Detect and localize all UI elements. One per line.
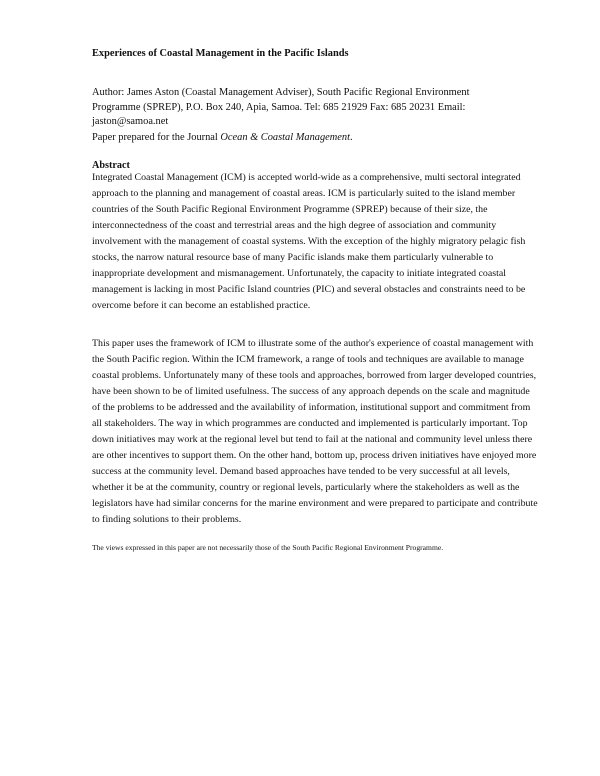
text-line: overcome before it can become an establi…: [92, 298, 542, 314]
author-line: Author: James Aston (Coastal Management …: [92, 86, 532, 101]
text-line: legislators have had similar concerns fo…: [92, 496, 542, 512]
text-line: of the problems to be addressed and the …: [92, 400, 542, 416]
text-line: stocks, the narrow natural resource base…: [92, 250, 542, 266]
text-line: interconnectedness of the coast and terr…: [92, 218, 542, 234]
journal-name: Ocean & Coastal Management: [220, 132, 350, 143]
text-line: Integrated Coastal Management (ICM) is a…: [92, 170, 542, 186]
paper-title: Experiences of Coastal Management in the…: [92, 48, 349, 59]
text-line: success at the community level. Demand b…: [92, 464, 542, 480]
text-line: This paper uses the framework of ICM to …: [92, 336, 542, 352]
author-line: Programme (SPREP), P.O. Box 240, Apia, S…: [92, 101, 532, 116]
prepared-suffix: .: [350, 132, 353, 143]
abstract-paragraph-1: Integrated Coastal Management (ICM) is a…: [92, 170, 542, 314]
text-line: approach to the planning and management …: [92, 186, 542, 202]
disclaimer-footnote: The views expressed in this paper are no…: [92, 543, 443, 552]
text-line: the South Pacific region. Within the ICM…: [92, 352, 542, 368]
text-line: all stakeholders. The way in which progr…: [92, 416, 542, 432]
author-email: jaston@samoa.net: [92, 115, 532, 130]
text-line: involvement with the management of coast…: [92, 234, 542, 250]
text-line: are other incentives to support them. On…: [92, 448, 542, 464]
text-line: inappropriate development and mismanagem…: [92, 266, 542, 282]
text-line: to finding solutions to their problems.: [92, 512, 542, 528]
text-line: down initiatives may work at the regiona…: [92, 432, 542, 448]
author-info: Author: James Aston (Coastal Management …: [92, 86, 532, 130]
text-line: whether it be at the community, country …: [92, 480, 542, 496]
abstract-paragraph-2: This paper uses the framework of ICM to …: [92, 336, 542, 528]
prepared-prefix: Paper prepared for the Journal: [92, 132, 220, 143]
text-line: management is lacking in most Pacific Is…: [92, 282, 542, 298]
text-line: have been shown to be of limited usefuln…: [92, 384, 542, 400]
text-line: countries of the South Pacific Regional …: [92, 202, 542, 218]
prepared-for-note: Paper prepared for the Journal Ocean & C…: [92, 132, 353, 143]
text-line: coastal problems. Unfortunately many of …: [92, 368, 542, 384]
